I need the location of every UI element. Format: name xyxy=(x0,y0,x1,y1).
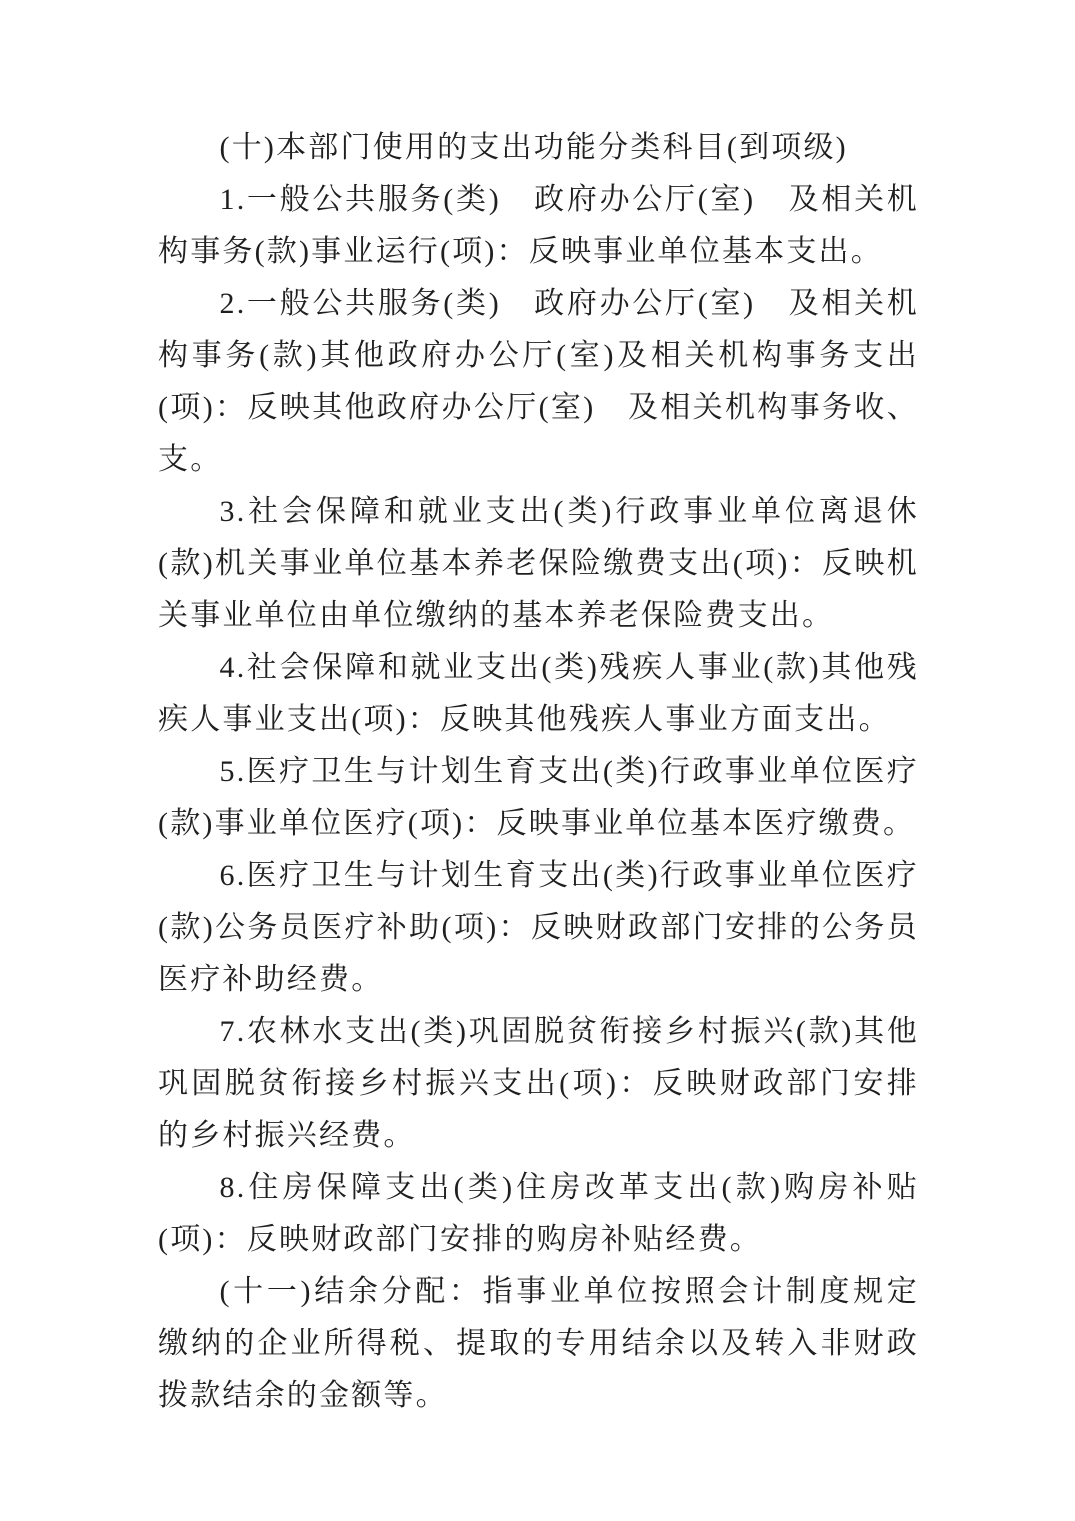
expense-item-6: 6.医疗卫生与计划生育支出(类)行政事业单位医疗(款)公务员医疗补助(项)：反映… xyxy=(158,850,919,1006)
expense-item-2: 2.一般公共服务(类) 政府办公厅(室) 及相关机构事务(款)其他政府办公厅(室… xyxy=(158,278,919,486)
section-heading-ten: (十)本部门使用的支出功能分类科目(到项级) xyxy=(158,122,919,174)
expense-item-5: 5.医疗卫生与计划生育支出(类)行政事业单位医疗(款)事业单位医疗(项)：反映事… xyxy=(158,746,919,850)
expense-item-4: 4.社会保障和就业支出(类)残疾人事业(款)其他残疾人事业支出(项)：反映其他残… xyxy=(158,642,919,746)
section-heading-eleven: (十一)结余分配：指事业单位按照会计制度规定缴纳的企业所得税、提取的专用结余以及… xyxy=(158,1266,919,1422)
document-page: (十)本部门使用的支出功能分类科目(到项级) 1.一般公共服务(类) 政府办公厅… xyxy=(0,0,1075,1521)
document-body: (十)本部门使用的支出功能分类科目(到项级) 1.一般公共服务(类) 政府办公厅… xyxy=(0,0,1075,1422)
expense-item-8: 8.住房保障支出(类)住房改革支出(款)购房补贴(项)：反映财政部门安排的购房补… xyxy=(158,1162,919,1266)
expense-item-7: 7.农林水支出(类)巩固脱贫衔接乡村振兴(款)其他巩固脱贫衔接乡村振兴支出(项)… xyxy=(158,1006,919,1162)
expense-item-1: 1.一般公共服务(类) 政府办公厅(室) 及相关机构事务(款)事业运行(项)：反… xyxy=(158,174,919,278)
expense-item-3: 3.社会保障和就业支出(类)行政事业单位离退休(款)机关事业单位基本养老保险缴费… xyxy=(158,486,919,642)
